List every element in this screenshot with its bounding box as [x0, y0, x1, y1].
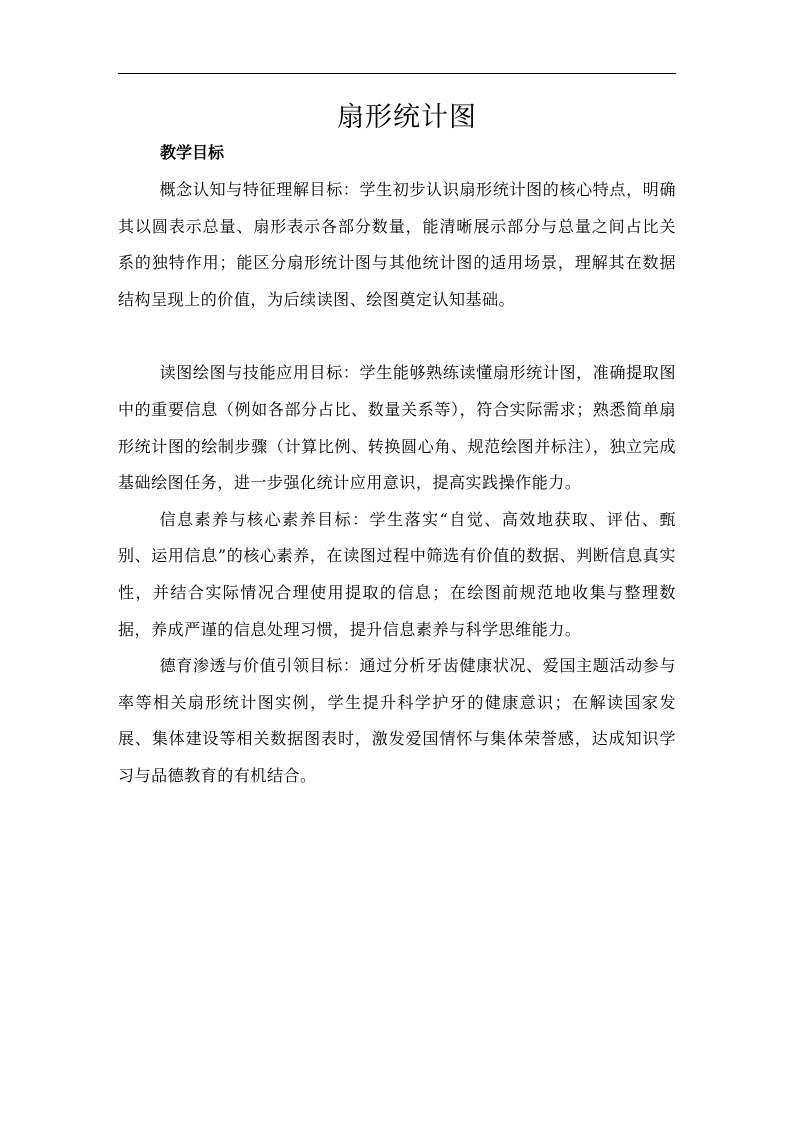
- section-heading-teaching-objectives: 教学目标: [160, 142, 676, 164]
- paragraph-concept-objective: 概念认知与特征理解目标：学生初步认识扇形统计图的核心特点，明确其以圆表示总量、扇…: [118, 172, 676, 318]
- page-title: 扇形统计图: [138, 96, 676, 140]
- paragraph-spacer: [118, 318, 676, 355]
- header-rule: [118, 73, 676, 74]
- paragraph-moral-education-objective: 德育渗透与价值引领目标：通过分析牙齿健康状况、爱国主题活动参与率等相关扇形统计图…: [118, 648, 676, 794]
- paragraph-skill-objective: 读图绘图与技能应用目标：学生能够熟练读懂扇形统计图，准确提取图中的重要信息（例如…: [118, 355, 676, 501]
- document-body: 扇形统计图 教学目标 概念认知与特征理解目标：学生初步认识扇形统计图的核心特点，…: [118, 96, 676, 795]
- paragraph-information-literacy-objective: 信息素养与核心素养目标：学生落实“自觉、高效地获取、评估、甄别、运用信息”的核心…: [118, 502, 676, 648]
